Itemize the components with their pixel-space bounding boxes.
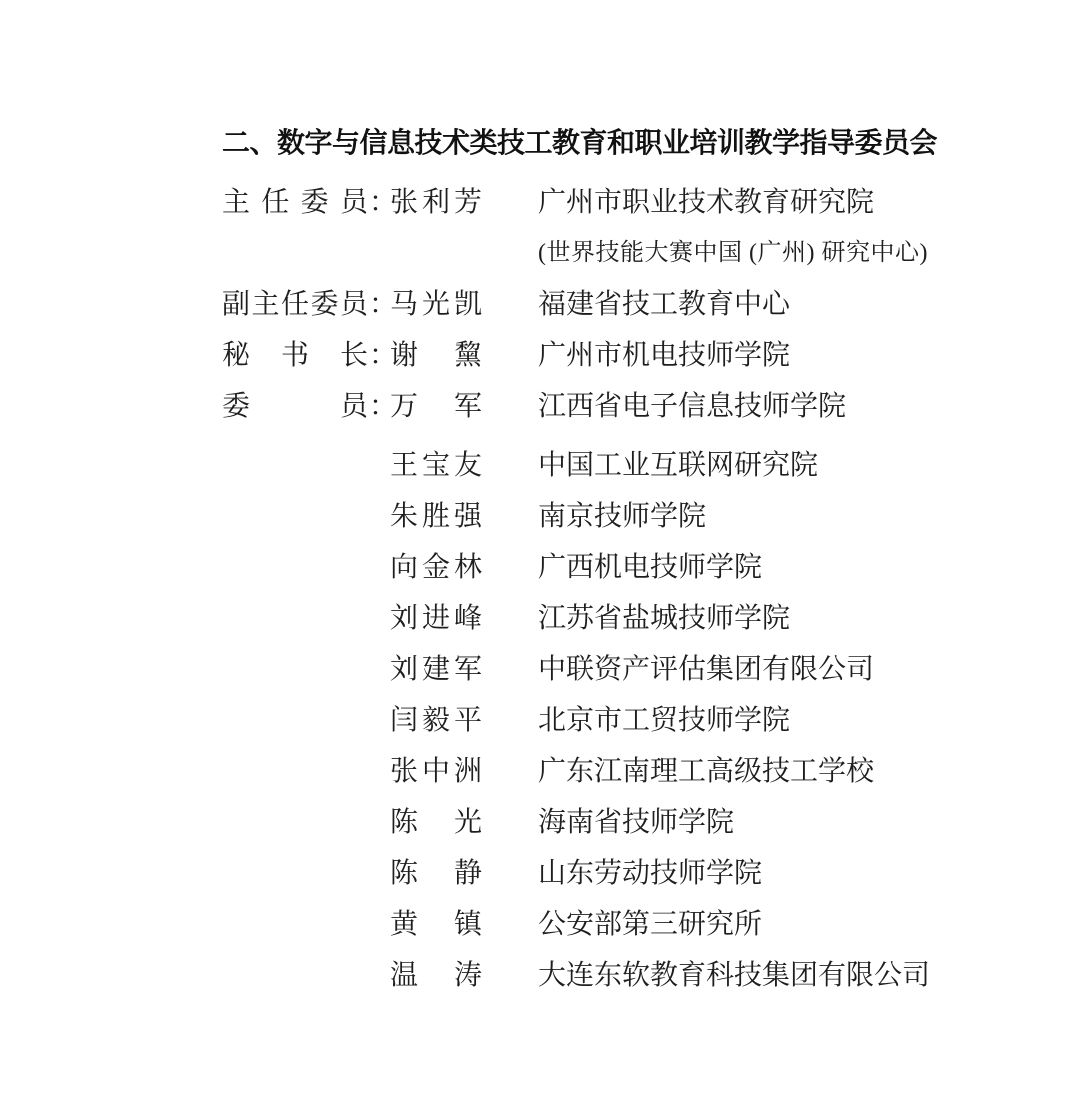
member-name: 陈光: [390, 797, 482, 848]
char: 任: [261, 177, 289, 228]
char: 毅: [422, 695, 450, 746]
char: 主: [222, 177, 250, 228]
char: 建: [422, 644, 450, 695]
member-name: 刘进峰: [390, 593, 482, 644]
committee-row-member: 刘进峰 江苏省盐城技师学院: [222, 593, 982, 644]
char: 洲: [454, 746, 482, 797]
committee-row-member: 闫毅平 北京市工贸技师学院: [222, 695, 982, 746]
char: 向: [390, 542, 418, 593]
char: 员: [340, 381, 368, 432]
member-organization: 大连东软教育科技集团有限公司: [538, 950, 930, 1001]
member-organization: 中国工业互联网研究院: [538, 440, 818, 491]
char: 平: [454, 695, 482, 746]
committee-row-vice-chairman: 副主任委员： 马光凯 福建省技工教育中心: [222, 279, 982, 330]
char: 涛: [454, 950, 482, 1001]
char: 军: [454, 644, 482, 695]
char: 芳: [454, 177, 482, 228]
member-organization: 广西机电技师学院: [538, 542, 762, 593]
member-name: 刘建军: [390, 644, 482, 695]
member-name: 黄镇: [390, 899, 482, 950]
char: 员: [340, 279, 368, 330]
char: 刘: [390, 593, 418, 644]
organization-line2: (世界技能大赛中国 (广州) 研究中心): [538, 228, 928, 279]
member-organization: 海南省技师学院: [538, 797, 734, 848]
committee-row-member: 委员： 万军 江西省电子信息技师学院: [222, 381, 982, 432]
char: 主: [251, 279, 279, 330]
char: 委: [222, 381, 250, 432]
char: 中: [422, 746, 450, 797]
char: 任: [281, 279, 309, 330]
char: 友: [454, 440, 482, 491]
organization-cell: 广州市职业技术教育研究院 (世界技能大赛中国 (广州) 研究中心): [538, 177, 928, 279]
char: 凯: [454, 279, 482, 330]
char: 陈: [390, 848, 418, 899]
char: 长: [340, 330, 368, 381]
committee-row-member: 温涛 大连东软教育科技集团有限公司: [222, 950, 982, 1001]
member-name: 张中洲: [390, 746, 482, 797]
char: 委: [301, 177, 329, 228]
char: 黧: [454, 330, 482, 381]
char: 金: [422, 542, 450, 593]
member-name: 张利芳: [390, 177, 482, 228]
char: 静: [454, 848, 482, 899]
committee-row-member: 刘建军 中联资产评估集团有限公司: [222, 644, 982, 695]
char: 林: [454, 542, 482, 593]
committee-row-chairman: 主任委员： 张利芳 广州市职业技术教育研究院 (世界技能大赛中国 (广州) 研究…: [222, 177, 982, 279]
char: 宝: [422, 440, 450, 491]
role-cell: 秘书长：: [222, 330, 380, 381]
committee-row-secretary: 秘书长： 谢黧 广州市机电技师学院: [222, 330, 982, 381]
member-name: 陈静: [390, 848, 482, 899]
member-organization: 广州市机电技师学院: [538, 330, 790, 381]
char: 朱: [390, 491, 418, 542]
committee-rows: 主任委员： 张利芳 广州市职业技术教育研究院 (世界技能大赛中国 (广州) 研究…: [222, 177, 982, 1001]
member-organization: 广州市职业技术教育研究院: [538, 177, 928, 228]
member-organization: 山东劳动技师学院: [538, 848, 762, 899]
committee-row-member: 陈静 山东劳动技师学院: [222, 848, 982, 899]
char: 峰: [454, 593, 482, 644]
member-organization: 江西省电子信息技师学院: [538, 381, 846, 432]
char: 张: [390, 177, 418, 228]
member-name: 谢黧: [390, 330, 482, 381]
member-organization: 公安部第三研究所: [538, 899, 762, 950]
role-label: 秘书长: [222, 330, 368, 381]
char: 刘: [390, 644, 418, 695]
member-organization: 江苏省盐城技师学院: [538, 593, 790, 644]
char: 委: [310, 279, 338, 330]
section-title: 二、数字与信息技术类技工教育和职业培训教学指导委员会: [222, 126, 982, 160]
committee-row-member: 张中洲 广东江南理工高级技工学校: [222, 746, 982, 797]
char: 书: [281, 330, 309, 381]
char: 强: [454, 491, 482, 542]
member-name: 温涛: [390, 950, 482, 1001]
char: 王: [390, 440, 418, 491]
char: 秘: [222, 330, 250, 381]
role-cell: 副主任委员：: [222, 279, 380, 330]
member-organization: 广东江南理工高级技工学校: [538, 746, 874, 797]
role-cell: 主任委员：: [222, 177, 380, 228]
char: 陈: [390, 797, 418, 848]
committee-roster-document: 二、数字与信息技术类技工教育和职业培训教学指导委员会 主任委员： 张利芳 广州市…: [222, 126, 982, 1001]
committee-row-member: 陈光 海南省技师学院: [222, 797, 982, 848]
char: 光: [422, 279, 450, 330]
member-organization: 福建省技工教育中心: [538, 279, 790, 330]
char: 谢: [390, 330, 418, 381]
committee-row-member: 黄镇 公安部第三研究所: [222, 899, 982, 950]
role-label: 主任委员: [222, 177, 368, 228]
member-organization: 北京市工贸技师学院: [538, 695, 790, 746]
role-cell: 委员：: [222, 381, 380, 432]
committee-row-member: 向金林 广西机电技师学院: [222, 542, 982, 593]
char: 员: [340, 177, 368, 228]
role-label: 副主任委员: [222, 279, 368, 330]
char: 马: [390, 279, 418, 330]
char: 副: [222, 279, 250, 330]
member-name: 马光凯: [390, 279, 482, 330]
member-name: 万军: [390, 381, 482, 432]
char: 胜: [422, 491, 450, 542]
char: 闫: [390, 695, 418, 746]
member-name: 朱胜强: [390, 491, 482, 542]
char: 镇: [454, 899, 482, 950]
char: 军: [454, 381, 482, 432]
char: 光: [454, 797, 482, 848]
member-name: 闫毅平: [390, 695, 482, 746]
char: 进: [422, 593, 450, 644]
char: 黄: [390, 899, 418, 950]
member-name: 向金林: [390, 542, 482, 593]
char: 温: [390, 950, 418, 1001]
committee-row-member: 王宝友 中国工业互联网研究院: [222, 440, 982, 491]
member-organization: 中联资产评估集团有限公司: [538, 644, 874, 695]
member-name: 王宝友: [390, 440, 482, 491]
char: 利: [422, 177, 450, 228]
role-label: 委员: [222, 381, 368, 432]
char: 张: [390, 746, 418, 797]
committee-row-member: 朱胜强 南京技师学院: [222, 491, 982, 542]
char: 万: [390, 381, 418, 432]
member-organization: 南京技师学院: [538, 491, 706, 542]
